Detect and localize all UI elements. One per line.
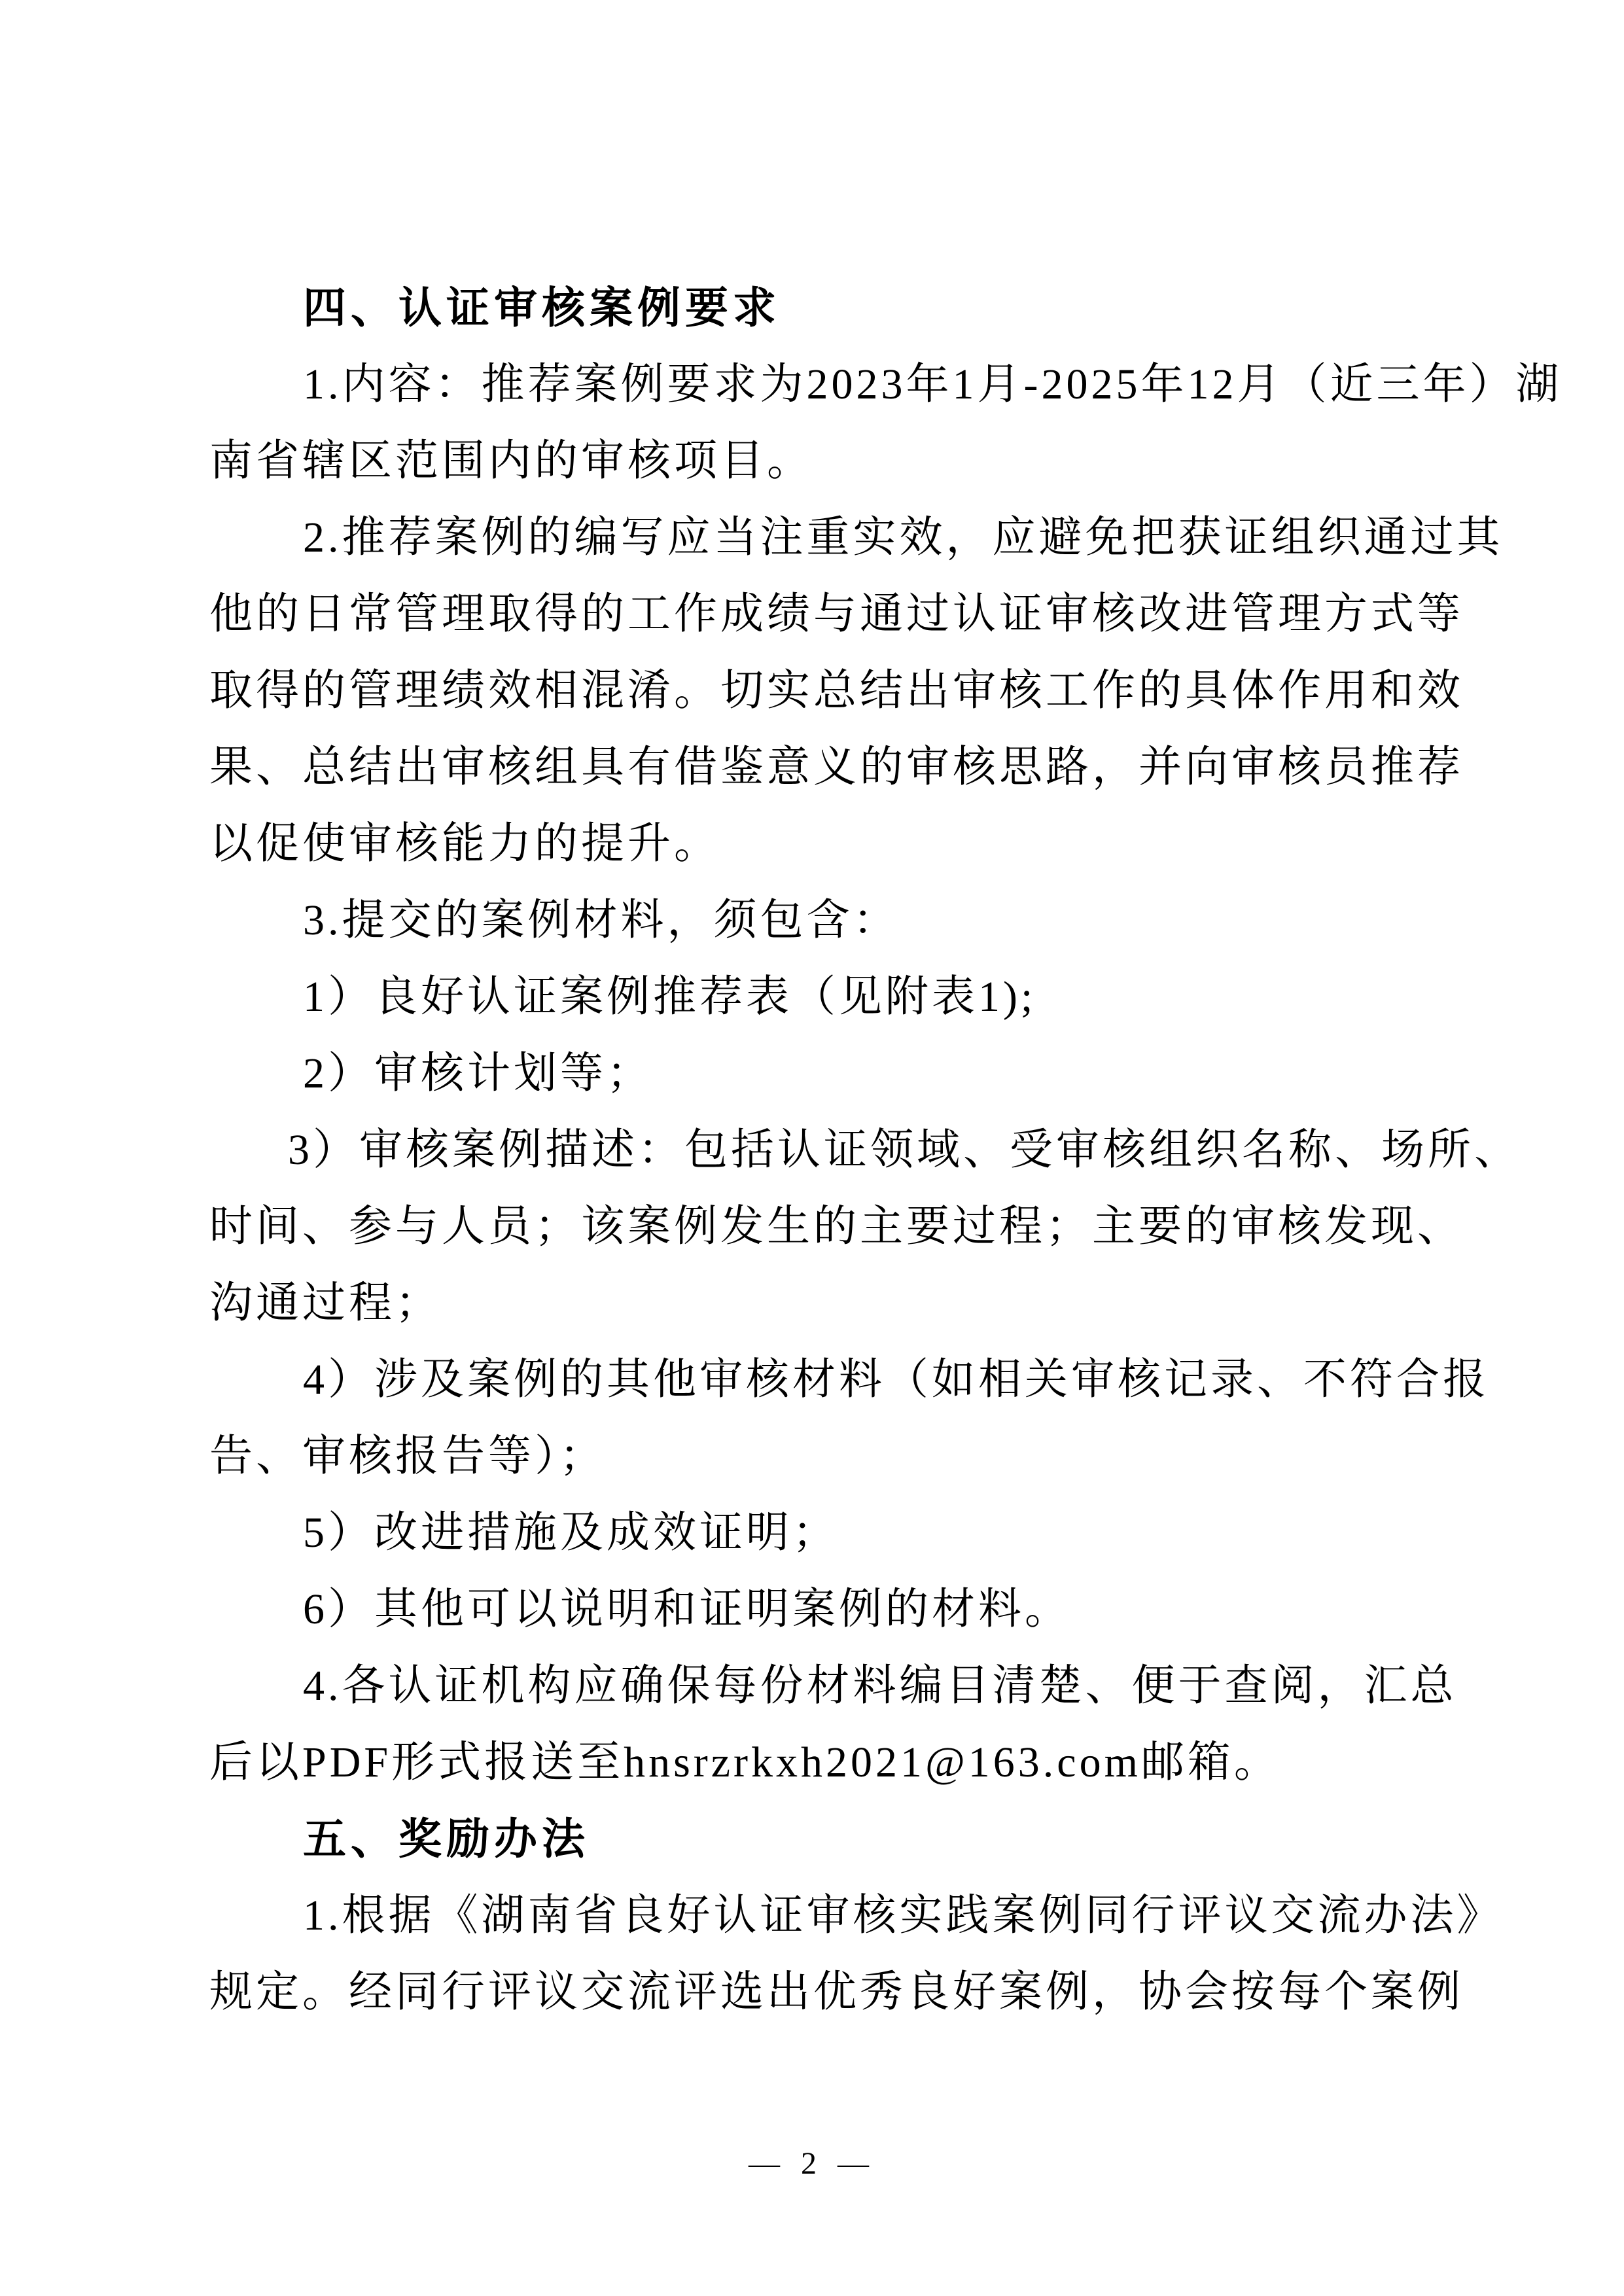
list-item-line: 4）涉及案例的其他审核材料（如相关审核记录、不符合报	[209, 1341, 1511, 1418]
document-body: 四、认证审核案例要求 1.内容：推荐案例要求为2023年1月-2025年12月（…	[209, 270, 1511, 2030]
text-line: 3.提交的案例材料，须包含：	[209, 882, 1511, 959]
text-line: 沟通过程；	[209, 1265, 1511, 1341]
text-line: 以促使审核能力的提升。	[209, 805, 1511, 882]
list-item-line: 3）审核案例描述：包括认证领域、受审核组织名称、场所、	[209, 1112, 1511, 1188]
text-line: 果、总结出审核组具有借鉴意义的审核思路，并向审核员推荐	[209, 729, 1511, 805]
list-item-line: 2）审核计划等；	[209, 1035, 1511, 1112]
text-line: 1.根据《湖南省良好认证审核实践案例同行评议交流办法》	[209, 1877, 1511, 1954]
list-item-line: 1）良好认证案例推荐表（见附表1);	[209, 959, 1511, 1035]
section-5-heading: 五、奖励办法	[209, 1801, 1511, 1877]
text-line: 告、审核报告等）；	[209, 1418, 1511, 1494]
text-line: 时间、参与人员；该案例发生的主要过程；主要的审核发现、	[209, 1188, 1511, 1265]
text-line: 南省辖区范围内的审核项目。	[209, 423, 1511, 499]
document-page: 四、认证审核案例要求 1.内容：推荐案例要求为2023年1月-2025年12月（…	[0, 0, 1624, 2296]
page-number: — 2 —	[0, 2134, 1624, 2193]
text-line: 取得的管理绩效相混淆。切实总结出审核工作的具体作用和效	[209, 652, 1511, 729]
text-line: 1.内容：推荐案例要求为2023年1月-2025年12月（近三年）湖	[209, 346, 1511, 423]
text-line: 后以PDF形式报送至hnsrzrkxh2021@163.com邮箱。	[209, 1724, 1511, 1801]
text-line: 2.推荐案例的编写应当注重实效，应避免把获证组织通过其	[209, 499, 1511, 576]
text-line: 4.各认证机构应确保每份材料编目清楚、便于查阅，汇总	[209, 1648, 1511, 1724]
text-line: 他的日常管理取得的工作成绩与通过认证审核改进管理方式等	[209, 576, 1511, 652]
section-4-heading: 四、认证审核案例要求	[209, 270, 1511, 346]
text-line: 规定。经同行评议交流评选出优秀良好案例，协会按每个案例	[209, 1954, 1511, 2030]
list-item-line: 6）其他可以说明和证明案例的材料。	[209, 1571, 1511, 1648]
list-item-line: 5）改进措施及成效证明；	[209, 1494, 1511, 1571]
